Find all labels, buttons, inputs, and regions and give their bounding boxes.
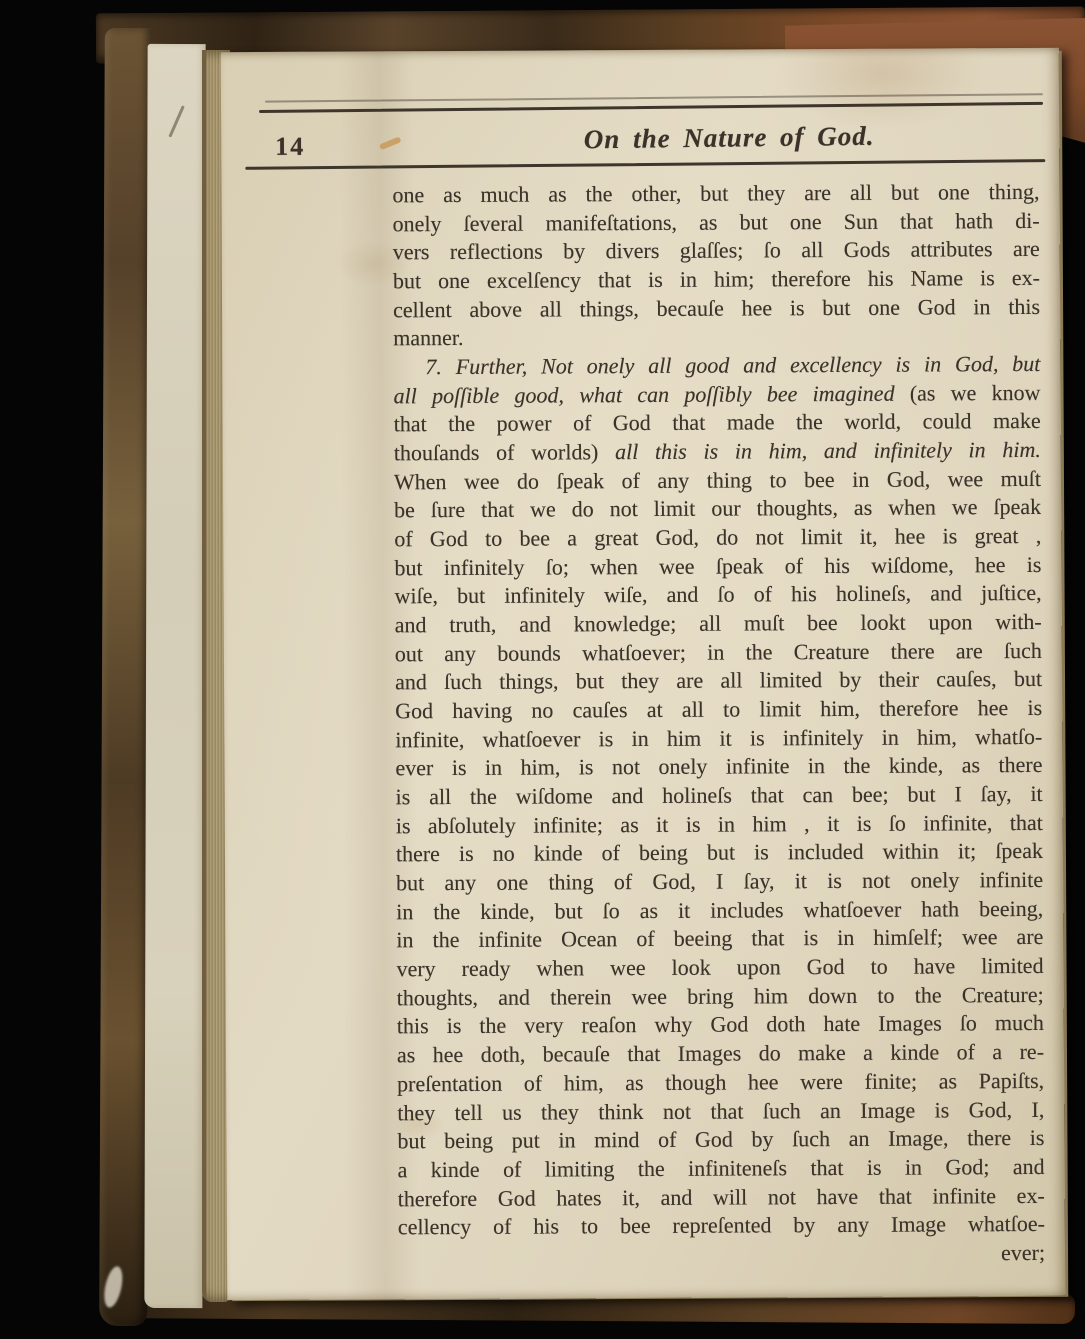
text-segment: thoughts, and therein wee bring him down…	[397, 982, 1044, 1010]
text-line: but being put in mind of God by ſuch an …	[397, 1124, 1044, 1156]
text-line: be ſure that we do not limit our thought…	[394, 493, 1041, 525]
text-line: manner.	[393, 321, 1040, 353]
text-segment: they tell us they think not that ſuch an…	[397, 1096, 1044, 1124]
paragraph: 7. Further, Not onely all good and excel…	[393, 350, 1045, 1271]
text-line: cellency of his to bee repreſented by an…	[398, 1210, 1045, 1242]
text-line: God having no cauſes at all to limit him…	[395, 694, 1042, 726]
text-segment: is all the wiſdome and holineſs that can…	[396, 781, 1043, 809]
photo-background: { "page": { "number": "14", "running_tit…	[0, 0, 1085, 1339]
text-line: but one excelſency that is in him; there…	[393, 264, 1040, 296]
text-line: is abſolutely infinite; as it is in him …	[396, 809, 1043, 841]
text-segment: a kinde of limiting the infiniteneſs tha…	[398, 1154, 1045, 1182]
leather-scuff-mark	[101, 1265, 126, 1309]
text-line: all poſſible good, what can poſſibly bee…	[393, 379, 1040, 411]
text-segment: When wee do ſpeak of any thing to bee in…	[394, 466, 1041, 494]
text-segment: thouſands of worlds)	[394, 439, 615, 465]
text-line: ever;	[398, 1239, 1045, 1271]
text-segment: very ready when wee look upon God to hav…	[396, 953, 1043, 981]
text-segment: but infinitely ſo; when wee ſpeak of his…	[394, 552, 1041, 580]
text-line: in the infinite Ocean of beeing that is …	[396, 923, 1043, 955]
text-line: there is no kinde of being but is includ…	[396, 837, 1043, 869]
text-segment: in the kinde, but ſo as it includes what…	[396, 896, 1043, 924]
text-segment: be ſure that we do not limit our thought…	[394, 494, 1041, 522]
text-segment: manner.	[393, 325, 463, 350]
text-segment: 7. Further, Not onely all good and excel…	[425, 351, 1040, 379]
text-segment: one as much as the other, but they are a…	[392, 179, 1039, 207]
running-title: On the Nature of God.	[584, 121, 875, 156]
text-segment: cellent above all things, becauſe hee is…	[393, 294, 1040, 322]
text-line: as hee doth, becauſe that Images do make…	[397, 1038, 1044, 1070]
text-segment: ever is in him, is not onely infinite in…	[395, 752, 1042, 780]
text-line: therefore God hates it, and will not hav…	[398, 1181, 1045, 1213]
text-line: cellent above all things, becauſe hee is…	[393, 293, 1040, 325]
text-segment: ever;	[1001, 1240, 1045, 1265]
text-line: thoughts, and therein wee bring him down…	[397, 981, 1044, 1013]
text-line: and ſuch things, but they are all limite…	[395, 665, 1042, 697]
flyleaf-page-edge	[144, 44, 205, 1308]
text-segment: and truth, and knowledge; all muſt bee l…	[395, 609, 1042, 637]
text-segment: as hee doth, becauſe that Images do make…	[397, 1039, 1044, 1067]
text-segment: (as we know	[910, 380, 1041, 406]
text-segment: in the infinite Ocean of beeing that is …	[396, 924, 1043, 952]
text-segment: there is no kinde of being but is includ…	[396, 838, 1043, 866]
text-segment: God having no cauſes at all to limit him…	[395, 695, 1042, 723]
text-line: a kinde of limiting the infiniteneſs tha…	[398, 1153, 1045, 1185]
text-segment: all poſſible good, what can poſſibly bee…	[393, 380, 909, 408]
text-line: this is the very reaſon why God doth hat…	[397, 1009, 1044, 1041]
text-segment: therefore God hates it, and will not hav…	[398, 1182, 1045, 1210]
text-line: preſentation of him, as though hee were …	[397, 1067, 1044, 1099]
text-segment: but any one thing of God, I ſay, it is n…	[396, 867, 1043, 895]
text-line: in the kinde, but ſo as it includes what…	[396, 895, 1043, 927]
text-segment: onely ſeveral manifeſtations, as but one…	[393, 208, 1040, 236]
text-segment: that the power of God that made the worl…	[394, 408, 1041, 436]
text-segment: wiſe, but infinitely wiſe, and ſo of his…	[395, 580, 1042, 608]
text-line: but any one thing of God, I ſay, it is n…	[396, 866, 1043, 898]
book-page: 14 On the Nature of God. one as much as …	[221, 48, 1066, 1300]
text-line: thouſands of worlds) all this is in him,…	[394, 436, 1041, 468]
text-segment: infinite, whatſoever is in him it is inf…	[395, 724, 1042, 752]
text-line: and truth, and knowledge; all muſt bee l…	[395, 608, 1042, 640]
text-line: is all the wiſdome and holineſs that can…	[396, 780, 1043, 812]
text-line: that the power of God that made the worl…	[394, 407, 1041, 439]
text-segment: preſentation of him, as though hee were …	[397, 1068, 1044, 1096]
text-segment: vers reflections by divers glaſſes; ſo a…	[393, 236, 1040, 264]
text-line: onely ſeveral manifeſtations, as but one…	[393, 207, 1040, 239]
text-line: very ready when wee look upon God to hav…	[396, 952, 1043, 984]
text-segment: but one excelſency that is in him; there…	[393, 265, 1040, 293]
page-number: 14	[275, 132, 305, 162]
paragraph: one as much as the other, but they are a…	[392, 178, 1040, 353]
text-segment: cellency of his to bee repreſented by an…	[398, 1211, 1045, 1239]
text-line: ever is in him, is not onely infinite in…	[395, 751, 1042, 783]
text-line: vers reflections by divers glaſſes; ſo a…	[393, 235, 1040, 267]
text-line: they tell us they think not that ſuch an…	[397, 1095, 1044, 1127]
text-line: When wee do ſpeak of any thing to bee in…	[394, 465, 1041, 497]
text-line: one as much as the other, but they are a…	[392, 178, 1039, 210]
text-block: one as much as the other, but they are a…	[392, 178, 1045, 1271]
text-line: wiſe, but infinitely wiſe, and ſo of his…	[395, 579, 1042, 611]
text-line: infinite, whatſoever is in him it is inf…	[395, 723, 1042, 755]
text-segment: but being put in mind of God by ſuch an …	[397, 1125, 1044, 1153]
text-segment: of God to bee a great God, do not limit …	[394, 523, 1041, 551]
text-line: of God to bee a great God, do not limit …	[394, 522, 1041, 554]
text-line: 7. Further, Not onely all good and excel…	[393, 350, 1040, 382]
text-segment: out any bounds whatſoever; in the Creatu…	[395, 638, 1042, 666]
text-segment: is abſolutely infinite; as it is in him …	[396, 810, 1043, 838]
text-segment: all this is in him, and infinitely in hi…	[615, 437, 1041, 464]
text-segment: this is the very reaſon why God doth hat…	[397, 1010, 1044, 1038]
text-segment: and ſuch things, but they are all limite…	[395, 666, 1042, 694]
text-line: but infinitely ſo; when wee ſpeak of his…	[394, 551, 1041, 583]
text-line: out any bounds whatſoever; in the Creatu…	[395, 637, 1042, 669]
